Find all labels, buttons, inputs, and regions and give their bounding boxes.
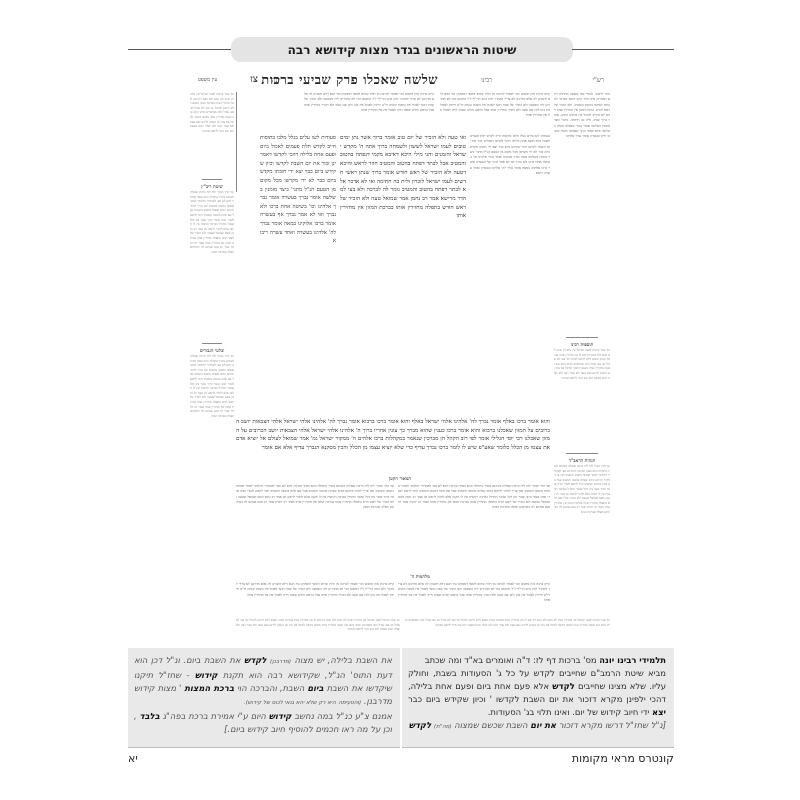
text-span: השבת [327,683,349,693]
text-span: עליו. שלא מצינו שחייבים [578,681,666,691]
shitat-ribatz-box: שיטת ריב"ץ ואי הדר מברך להו ליה ברכת שאל… [190,176,234,306]
footnotes-left: ואי אמר ברכות לעמו ישראל אין מחזירין אות… [236,618,400,650]
tractate-chapter-title: שלשה שאכלו פרק שביעי ברכות [261,72,438,88]
maor-left-column: ואי הדר מברך להו ליה ברכת שאלתו כשהוא מז… [236,484,394,574]
ornament-divider [202,343,222,346]
commentary-right-text: תלמידי רבינו יונה מס' ברכות דף לז: ד"ה ו… [408,654,666,734]
text-span: השבת, והברכה הוי [237,683,304,693]
daf-number: צז [250,74,258,85]
text-span: אלא פעם אחת ביום ופעם אחת [436,681,550,691]
tosafot-box: תוספות רבינו ואי אמר ברכות לעמו ישראל אי… [554,334,610,454]
talmud-running-header: רש"י רבינו שלשה שאכלו פרק שביעי ברכות יו… [190,72,610,88]
hagahot-text: ואי הדר מברך להו ליה ברכת שאלתו כשהוא מז… [554,464,610,515]
text-span: היום ע"י אמירת ברכת בפה"ג [163,711,266,721]
commentary-box-right: תלמידי רבינו יונה מס' ברכות דף לז: ד"ה ו… [402,648,674,748]
page-number: יא [128,752,138,765]
bold-term: לקדש [409,720,431,730]
milchamot-label: מלחמות ה' [390,574,450,580]
milchamot-left-column: קיים ברכת מזון ומשום הכי לאמור לברכה מן … [236,582,394,614]
text-span: אמנם צ"ע כנ"ל במה נחשב [294,711,392,721]
bold-term: ברכת המצות [184,683,234,693]
footnotes-right: ואי אמר ברכות לעמו ישראל אין מחזירין אות… [405,618,610,650]
header-rule-right [572,49,674,50]
yonah-label: יונה [272,77,281,84]
bold-term: את יום [530,720,556,730]
ornament-divider [566,337,598,340]
milchamot-right-column: קיים ברכת מזון ומשום הכי לאמור לברכה מן … [398,582,550,614]
text-span: מה ראו חכמים להוסיף חיוב קידוש ביום.] [224,724,368,734]
mishna-block: והוא אומר ברכו באלף אומר נברך לה' אלהינו… [236,418,550,474]
bold-term: לקדש [552,681,575,691]
maor-label: המאור הקטן [370,476,430,482]
shiltei-hagiborim-text: ואי הדר מברך להו ליה ברכת שאלתו כשהוא מז… [190,354,234,418]
text-span: התוס' הנ"ל, שקידושא רבה הוא תקנת [223,670,371,680]
bold-term: קידוש [269,711,292,721]
source-title: תלמידי רבינו יונה [599,655,666,665]
commentary-left-text: את השבת בלילה, יש מצוה (מדרבנן) לקדש את … [134,654,392,736]
text-span: מס' ברכות דף לז: ד"ה ואומרים בא"ד ומה שכ… [425,655,597,665]
small-note: היא רק שלא יהא גנאי לכוס של קידוש). [244,700,336,706]
rabbeinu-yonah-top: קיים ברכת מזון ומשום הכי לאמור לברכה מן … [440,92,550,132]
section-title: שיטות הראשונים בגדר מצות קידושא רבה [288,43,517,57]
talmud-page-facsimile: רש"י רבינו שלשה שאכלו פרק שביעי ברכות יו… [190,72,610,650]
text-span: ידי חיוב קידוש של יום. ואינו תלוי בג' הס… [488,707,650,717]
ein-mishpat-label: עין משפט [198,77,217,83]
maor-right-column: ואי הדר מברך להו ליה ברכת שאלתו כשהוא מז… [398,484,550,574]
text-span: ביום כבר [408,694,440,704]
text-span: את השבת בלילה, יש מצוה [295,655,392,665]
rabbeinu-label: רבינו [481,77,492,84]
text-span: מביא שיטת הרמב"ם שחייבים לקדש על כל ג' ה… [408,668,666,678]
bold-term: בלבד [140,711,160,721]
ornament-divider [202,179,222,182]
small-note: (מה"ת) [434,724,452,730]
bold-term: ביום [307,683,323,693]
series-title: קונטרס מראי מקומות [572,752,674,765]
italic-note: השבת שכשם שמצוה [454,720,527,730]
tosafot-top: קיים ברכת מזון ומשום הכי לאמור לברכה מן … [304,92,434,132]
page-footer: קונטרס מראי מקומות יא [128,752,674,774]
left-commentary-column: סעודות לשו עלים בגלל מלבו בתוסות חייב לק… [260,134,336,416]
gemara-main-text: ואי טעה ולא הזכיר של יום טוב אומר ברוך א… [340,134,466,416]
italic-note: [נ"ל שחז"ל דרשו מקרא דזכור [559,720,666,730]
commentary-box-left: את השבת בלילה, יש מצוה (מדרבנן) לקדש את … [128,648,400,748]
shitat-ribatz-text: ואי הדר מברך להו ליה ברכת שאלתו כשהוא מז… [190,190,234,254]
column-rule [236,92,237,192]
tosafot-text: ואי אמר ברכות לעמו ישראל אין מחזירין אות… [554,348,610,380]
bold-term: לקדש [244,655,266,665]
ornament-divider [566,453,598,456]
shiltei-hagiborim-box: שלטי הגבורים ואי הדר מברך להו ליה ברכת ש… [190,340,234,650]
bold-term: יצא [652,707,666,717]
rabbeinu-yonah-column: סעודות לשו עלים בגלל מלבו בתוסות חייב לק… [470,134,550,416]
ein-mishpat-column: ואי אמר ברכות לעמו ישראל אין מחזירין אות… [190,92,234,172]
header-rule-left [128,49,232,50]
small-note: (מדרבנן) [270,659,291,665]
small-note: (והטעימה [338,700,361,706]
bold-term: קידוש [195,670,218,680]
rashi-label: רש"י [592,77,604,84]
rashi-commentary-column: חוזר לראש. לגמרי כמו שעשה מתחלה דהא דאמר… [554,92,610,332]
section-title-banner: שיטות הראשונים בגדר מצות קידושא רבה [231,37,573,62]
